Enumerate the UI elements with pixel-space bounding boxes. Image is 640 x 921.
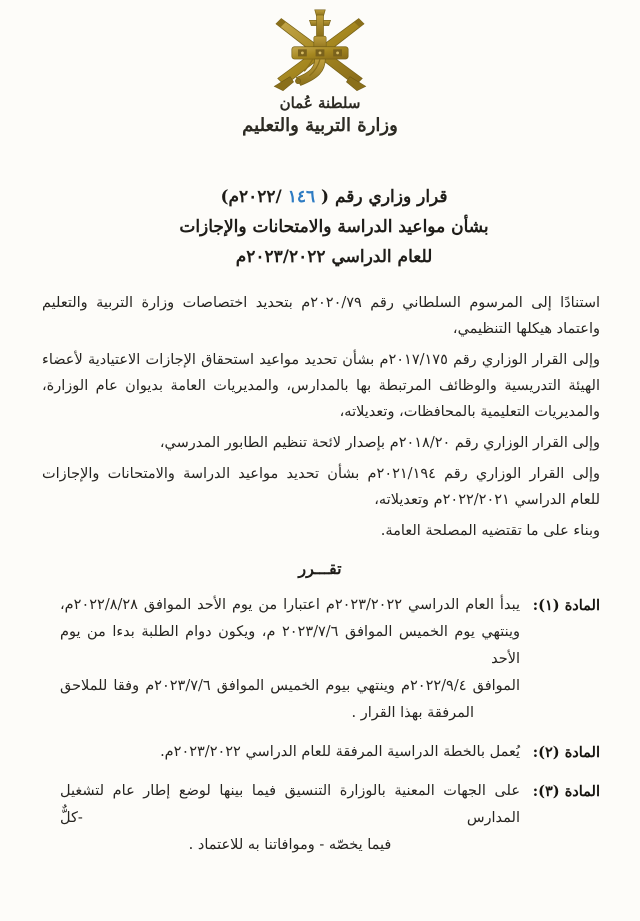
preamble-line: للعام الدراسي ٢٠٢٢/٢٠٢١م وتعديلاته،: [42, 487, 600, 513]
article-line: فيما يخصّه - وموافاتنا به للاعتماد .: [60, 832, 520, 859]
decision-title-line3: للعام الدراسي ٢٠٢٣/٢٠٢٢م: [14, 242, 640, 272]
article-line: يُعمل بالخطة الدراسية المرفقة للعام الدر…: [60, 739, 520, 766]
article-label: المادة (٢):: [526, 739, 600, 766]
article-line: على الجهات المعنية بالوزارة التنسيق فيما…: [60, 778, 520, 832]
preamble-line: وبناء على ما تقتضيه المصلحة العامة.: [42, 518, 600, 544]
decision-title-line1: قرار وزاري رقم ( ١٤٦ /٢٠٢٢م): [14, 182, 640, 212]
preamble-line: وإلى القرار الوزاري رقم ٢٠٢١/١٩٤م بشأن ت…: [42, 461, 600, 487]
preamble-paragraph: وبناء على ما تقتضيه المصلحة العامة.: [42, 518, 600, 544]
decision-title-block: قرار وزاري رقم ( ١٤٦ /٢٠٢٢م) بشأن مواعيد…: [14, 182, 640, 272]
preamble-paragraph: وإلى القرار الوزاري رقم ٢٠٢١/١٩٤م بشأن ت…: [42, 461, 600, 513]
decision-title-line1-pre: قرار وزاري رقم (: [315, 187, 447, 207]
preamble-paragraph: وإلى القرار الوزاري رقم ٢٠١٧/١٧٥م بشأن ت…: [42, 347, 600, 425]
article-row-1: المادة (١): يبدأ العام الدراسي ٢٠٢٣/٢٠٢٢…: [42, 592, 600, 727]
preamble-line: والمديريات التعليمية بالمحافظات، وتعديلا…: [42, 399, 600, 425]
article-line: وينتهي يوم الخميس الموافق ٢٠٢٣/٧/٦ م، وي…: [60, 619, 520, 673]
preamble-line: وإلى القرار الوزاري رقم ٢٠١٧/١٧٥م بشأن ت…: [42, 347, 600, 373]
decision-heading: تقـــرر: [0, 554, 640, 584]
article-line: يبدأ العام الدراسي ٢٠٢٣/٢٠٢٢م اعتبارا من…: [60, 592, 520, 619]
org-name-sultanate: سلطنة عُمان: [0, 94, 640, 112]
article-body: يبدأ العام الدراسي ٢٠٢٣/٢٠٢٢م اعتبارا من…: [42, 592, 526, 727]
article-row-3: المادة (٣): على الجهات المعنية بالوزارة …: [42, 778, 600, 859]
decision-title-line2: بشأن مواعيد الدراسة والامتحانات والإجازا…: [14, 212, 640, 242]
preamble-line: استنادًا إلى المرسوم السلطاني رقم ٢٠٢٠/٧…: [42, 290, 600, 316]
document-header: سلطنة عُمان وزارة التربية والتعليم: [0, 0, 640, 136]
document-page: سلطنة عُمان وزارة التربية والتعليم قرار …: [0, 0, 640, 921]
article-label: المادة (١):: [526, 592, 600, 727]
preamble-line: واعتماد هيكلها التنظيمي،: [42, 316, 600, 342]
preamble-paragraph: وإلى القرار الوزاري رقم ٢٠١٨/٢٠م بإصدار …: [42, 430, 600, 456]
article-body: يُعمل بالخطة الدراسية المرفقة للعام الدر…: [42, 739, 526, 766]
article-row-2: المادة (٢): يُعمل بالخطة الدراسية المرفق…: [42, 739, 600, 766]
preamble-line: الهيئة التدريسية والوظائف المرتبطة بها ب…: [42, 373, 600, 399]
article-label: المادة (٣):: [526, 778, 600, 859]
articles: المادة (١): يبدأ العام الدراسي ٢٠٢٣/٢٠٢٢…: [0, 592, 640, 859]
org-name-ministry: وزارة التربية والتعليم: [0, 115, 640, 136]
article-line: المرفقة بهذا القرار .: [60, 700, 474, 727]
article-line: الموافق ٢٠٢٢/٩/٤م وينتهي بيوم الخميس الم…: [60, 673, 520, 700]
preamble-line: وإلى القرار الوزاري رقم ٢٠١٨/٢٠م بإصدار …: [42, 430, 600, 456]
decision-title-line1-post: /٢٠٢٢م): [220, 187, 287, 207]
decision-number: ١٤٦: [288, 187, 315, 207]
preamble: استنادًا إلى المرسوم السلطاني رقم ٢٠٢٠/٧…: [0, 290, 640, 544]
article-body: على الجهات المعنية بالوزارة التنسيق فيما…: [42, 778, 526, 859]
preamble-paragraph: استنادًا إلى المرسوم السلطاني رقم ٢٠٢٠/٧…: [42, 290, 600, 342]
oman-khanjar-crossed-swords-emblem-icon: [250, 8, 390, 96]
